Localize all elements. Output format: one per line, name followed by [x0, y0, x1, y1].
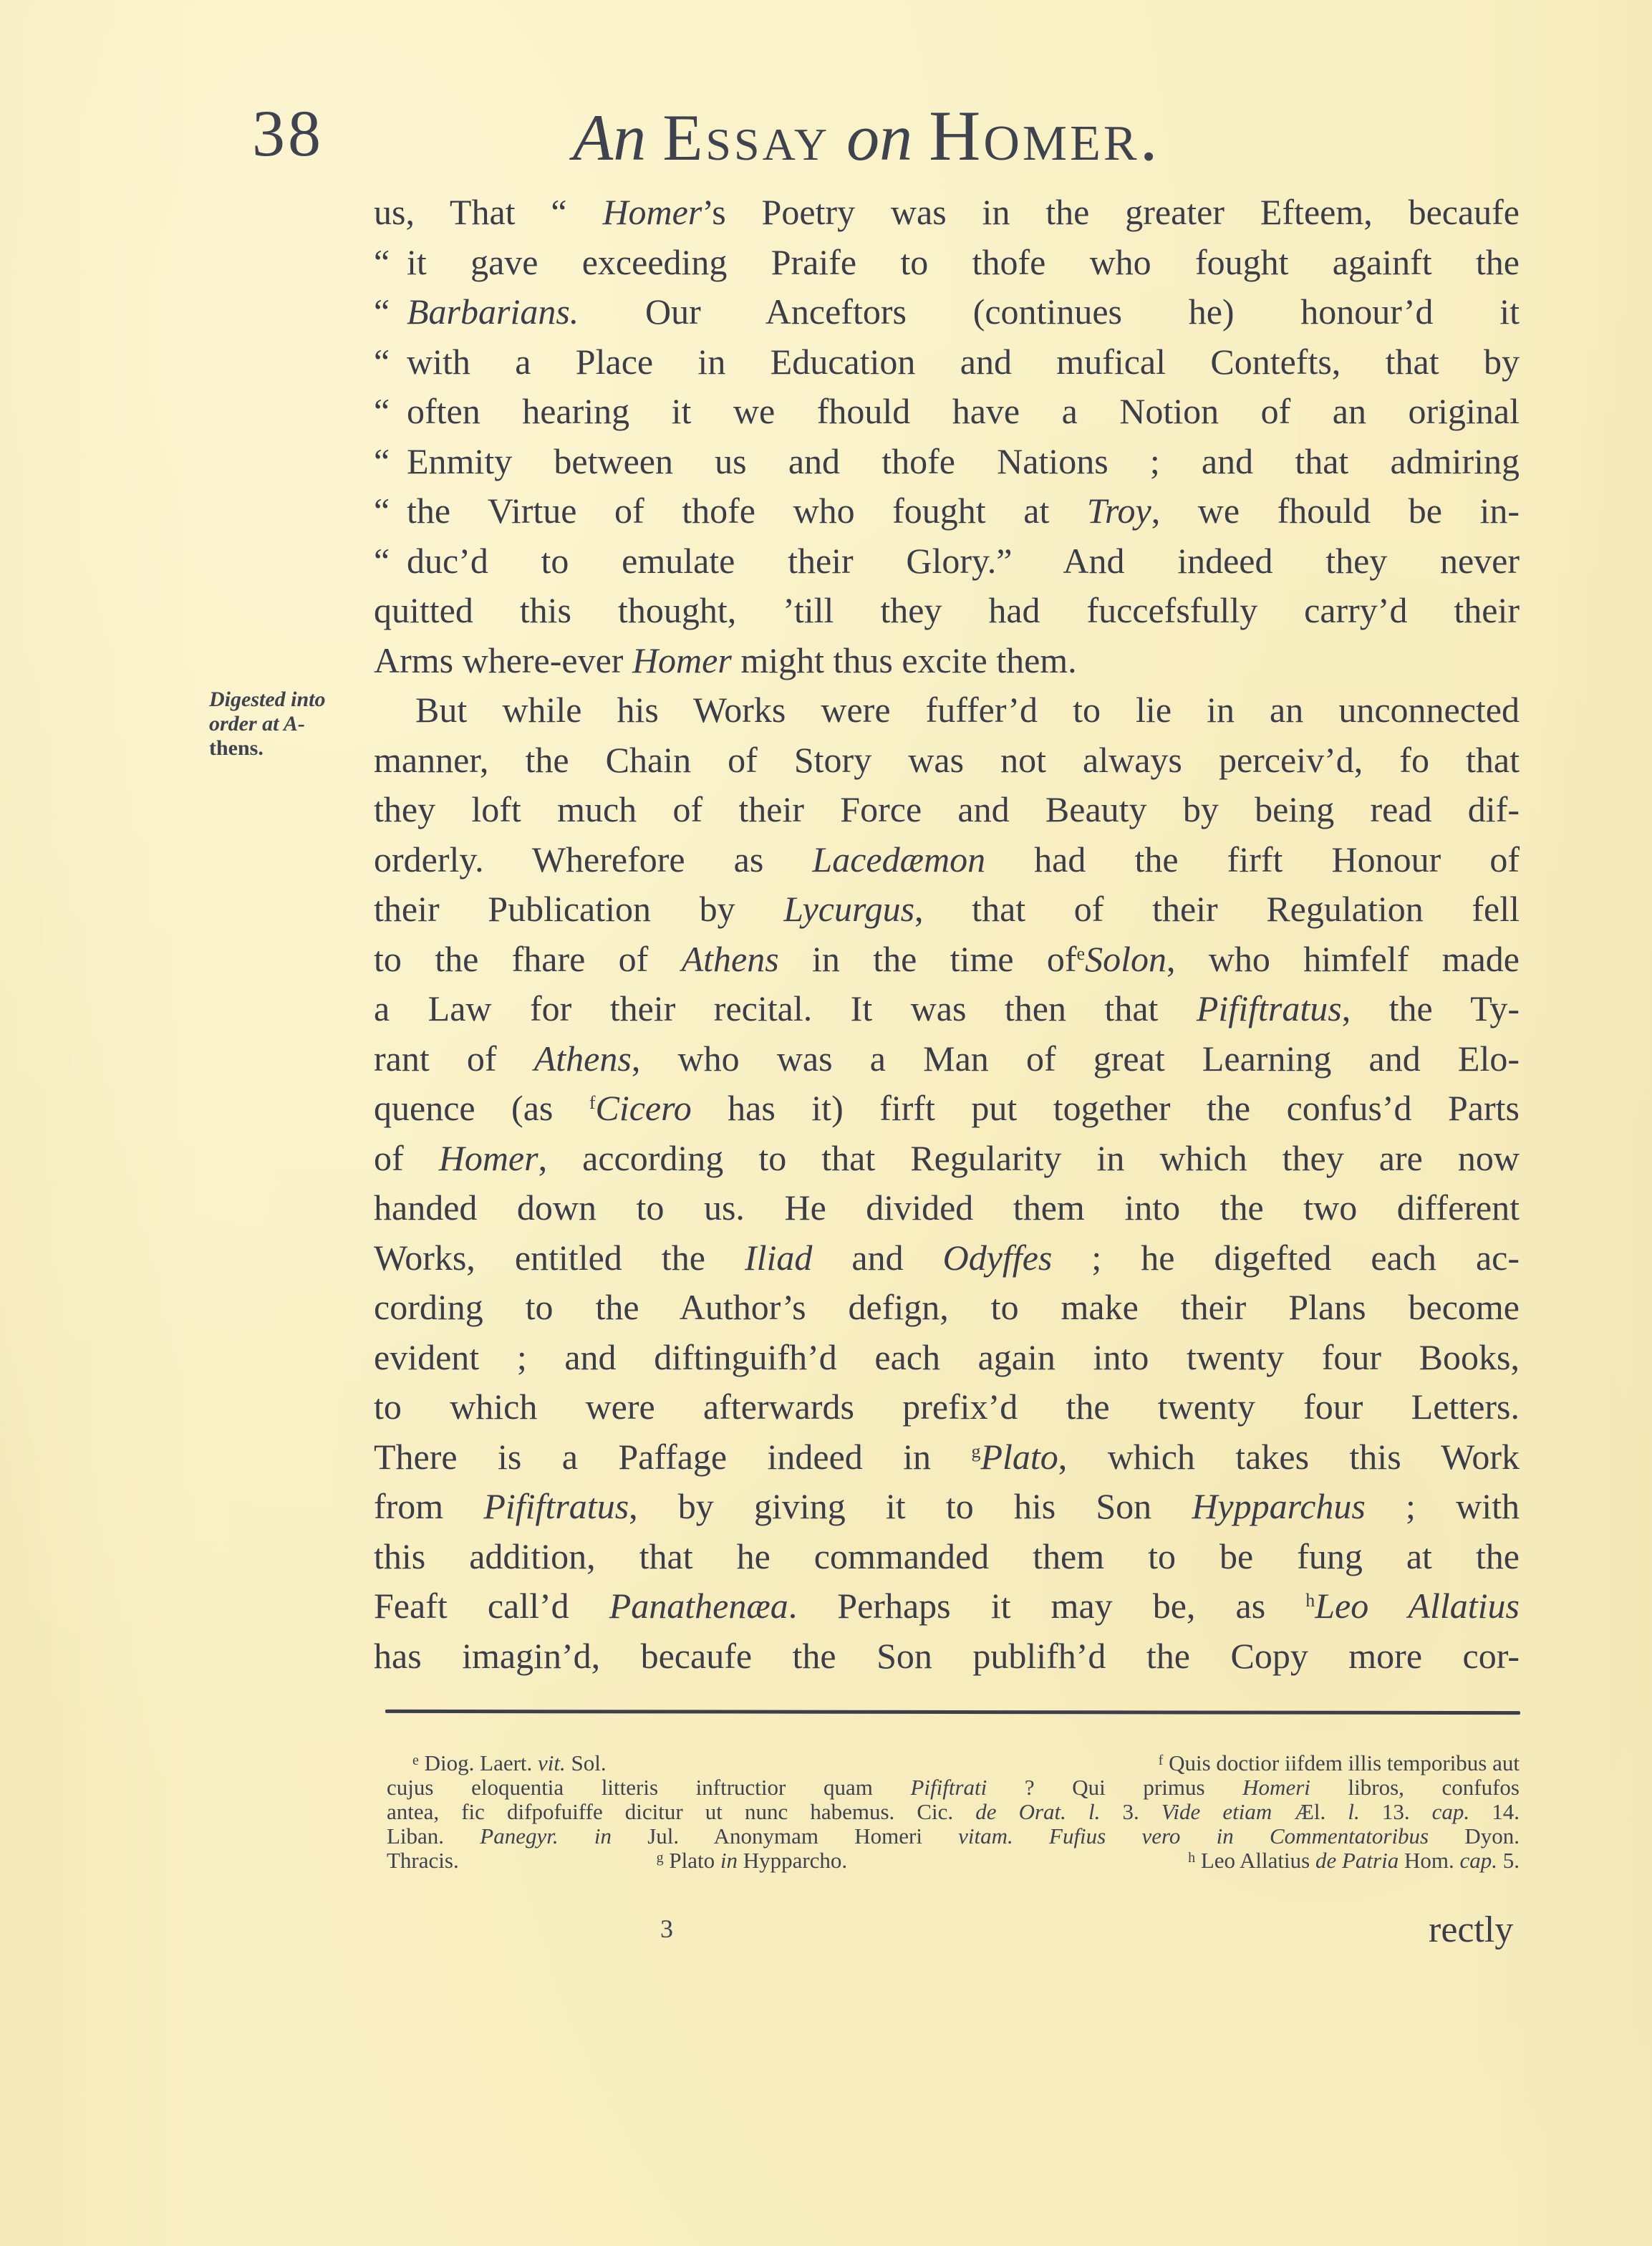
text-run: to which were afterwards prefix’d the tw… — [374, 1387, 1520, 1427]
text-run: duc’d to emulate their Glory.” And indee… — [407, 541, 1520, 581]
text-run: There is a Paffage indeed in — [374, 1437, 971, 1477]
footnote-f: f Quis doctior iifdem illis temporibus a… — [1159, 1751, 1520, 1775]
text-run: the Virtue of thofe who fought at — [407, 491, 1087, 531]
italic-name: Troy — [1087, 491, 1151, 531]
running-head-essay: Essay — [662, 101, 830, 174]
italic-name: Lacedæmon — [812, 839, 985, 879]
italic-name: Pififtratus — [483, 1486, 629, 1526]
text-run: quence (as — [374, 1088, 589, 1128]
text-line: Arms where-ever Homer might thus excite … — [374, 636, 1520, 686]
marginal-note-line: thens. — [209, 736, 381, 761]
text-line: handed down to us. He divided them into … — [374, 1183, 1520, 1233]
italic-name: Hypparchus — [1192, 1486, 1366, 1526]
italic-name: Homer — [602, 192, 702, 232]
line-text: to which were afterwards prefix’d the tw… — [374, 1382, 1520, 1432]
italic-name: Athens — [534, 1038, 632, 1079]
text-line: quitted this thought, ’till they had fuc… — [374, 586, 1520, 636]
text-run: quitted this thought, ’till they had fuc… — [374, 590, 1520, 630]
footnote-rule — [385, 1710, 1520, 1715]
page-number: 38 — [252, 100, 324, 166]
line-text: But while his Works were fuffer’d to lie… — [374, 685, 1520, 736]
italic-name: Panathenæa — [609, 1586, 788, 1626]
text-line: this addition, that he commanded them to… — [374, 1532, 1520, 1582]
text-line: Works, entitled the Iliad and Odyffes ; … — [374, 1233, 1520, 1283]
text-line: But while his Works were fuffer’d to lie… — [374, 685, 1520, 736]
body-text: us, That “ Homer’s Poetry was in the gre… — [374, 188, 1520, 1681]
line-text: Arms where-ever Homer might thus excite … — [374, 636, 1520, 686]
italic-name: Homer — [439, 1138, 538, 1178]
line-text: rant of Athens, who was a Man of great L… — [374, 1034, 1520, 1084]
line-text: the Virtue of thofe who fought at Troy, … — [407, 486, 1520, 536]
text-run: manner, the Chain of Story was not alway… — [374, 740, 1520, 780]
italic-name: Cicero — [595, 1088, 691, 1128]
text-run: their Publication by — [374, 889, 783, 929]
line-text: has imagin’d, becaufe the Son publifh’d … — [374, 1632, 1520, 1682]
running-head: An Essay on Homer. — [573, 100, 1346, 172]
quote-mark: “ — [374, 238, 407, 288]
text-run: in the time of — [779, 939, 1077, 979]
text-run: ; with — [1366, 1486, 1520, 1526]
text-run: , who was a Man of great Learning and El… — [632, 1038, 1520, 1079]
text-run: this addition, that he commanded them to… — [374, 1536, 1520, 1576]
line-text: Works, entitled the Iliad and Odyffes ; … — [374, 1233, 1520, 1283]
footnote-reference: e — [1077, 943, 1086, 964]
italic-name: Plato — [980, 1437, 1058, 1477]
text-run: they loft much of their Force and Beauty… — [374, 789, 1520, 829]
line-text: they loft much of their Force and Beauty… — [374, 785, 1520, 835]
text-run: and — [812, 1238, 942, 1278]
text-line: manner, the Chain of Story was not alway… — [374, 736, 1520, 786]
text-run: had the firft Honour of — [985, 839, 1520, 879]
text-line: to which were afterwards prefix’d the tw… — [374, 1382, 1520, 1432]
italic-name: Iliad — [745, 1238, 812, 1278]
line-text: manner, the Chain of Story was not alway… — [374, 736, 1520, 786]
italic-name: Barbarians. — [407, 291, 579, 332]
text-run: , we fhould be in- — [1151, 491, 1520, 531]
text-run: , the Ty- — [1342, 988, 1520, 1028]
footnote-reference: h — [1305, 1590, 1315, 1611]
footnote-line: Thracis. g Plato in Hypparcho. h Leo All… — [387, 1849, 1520, 1873]
line-text: of Homer, according to that Regularity i… — [374, 1134, 1520, 1184]
line-text: to the fhare of Athens in the time ofeSo… — [374, 935, 1520, 985]
italic-name: Lycurgus — [783, 889, 914, 929]
text-run: Enmity between us and thofe Nations ; an… — [407, 441, 1520, 481]
text-line: from Pififtratus, by giving it to his So… — [374, 1482, 1520, 1532]
footnote-line: cujus eloquentia litteris inftructior qu… — [387, 1775, 1520, 1800]
quote-mark: “ — [374, 437, 407, 487]
text-run: handed down to us. He divided them into … — [374, 1187, 1520, 1228]
line-text: us, That “ Homer’s Poetry was in the gre… — [374, 188, 1520, 238]
text-run: from — [374, 1486, 483, 1526]
text-line: they loft much of their Force and Beauty… — [374, 785, 1520, 835]
text-run: has it) firft put together the confus’d … — [692, 1088, 1520, 1128]
text-run: . Perhaps it may be, as — [788, 1586, 1306, 1626]
running-head-on: on — [846, 101, 912, 174]
catchword: rectly — [1429, 1909, 1513, 1951]
italic-name: Athens — [682, 939, 779, 979]
text-run: ’s Poetry was in the greater Efteem, bec… — [702, 192, 1520, 232]
text-run: evident ; and diftinguifh’d each again i… — [374, 1337, 1520, 1377]
italic-name: Odyffes — [943, 1238, 1053, 1278]
line-text: from Pififtratus, by giving it to his So… — [374, 1482, 1520, 1532]
running-head-an: An — [573, 101, 646, 174]
text-run: , by giving it to his Son — [629, 1486, 1192, 1526]
quote-mark: “ — [374, 287, 407, 337]
italic-name: Solon — [1085, 939, 1166, 979]
text-run: cording to the Author’s defign, to make … — [374, 1287, 1520, 1327]
text-run: a Law for their recital. It was then tha… — [374, 988, 1197, 1028]
footnote-line: e Diog. Laert. vit. Sol. f Quis doctior … — [387, 1751, 1520, 1775]
text-run: , who himfelf made — [1166, 939, 1520, 979]
text-run: has imagin’d, becaufe the Son publifh’d … — [374, 1636, 1520, 1676]
line-text: duc’d to emulate their Glory.” And indee… — [407, 536, 1520, 587]
footnote-h: h Leo Allatius de Patria Hom. cap. 5. — [1188, 1849, 1520, 1873]
quote-mark: “ — [374, 387, 407, 437]
text-line: There is a Paffage indeed in gPlato, whi… — [374, 1432, 1520, 1483]
text-line: “duc’d to emulate their Glory.” And inde… — [374, 536, 1520, 587]
line-text: orderly. Wherefore as Lacedæmon had the … — [374, 835, 1520, 885]
text-line: orderly. Wherefore as Lacedæmon had the … — [374, 835, 1520, 885]
quote-mark: “ — [374, 337, 407, 387]
line-text: quitted this thought, ’till they had fuc… — [374, 586, 1520, 636]
text-run: Arms where-ever — [374, 640, 632, 680]
marginal-note: Digested into order at A- thens. — [209, 688, 381, 761]
text-line: a Law for their recital. It was then tha… — [374, 984, 1520, 1034]
text-run: of — [374, 1138, 439, 1178]
text-run: Works, entitled the — [374, 1238, 745, 1278]
footnotes: e Diog. Laert. vit. Sol. f Quis doctior … — [387, 1751, 1520, 1873]
line-text: this addition, that he commanded them to… — [374, 1532, 1520, 1582]
signature-mark: 3 — [660, 1914, 673, 1944]
line-text: Barbarians. Our Anceftors (continues he)… — [407, 287, 1520, 337]
text-line: their Publication by Lycurgus, that of t… — [374, 885, 1520, 935]
text-line: has imagin’d, becaufe the Son publifh’d … — [374, 1632, 1520, 1682]
italic-name: Pififtratus — [1197, 988, 1342, 1028]
text-run: might thus excite them. — [732, 640, 1077, 680]
line-text: it gave exceeding Praife to thofe who fo… — [407, 238, 1520, 288]
text-line: Feaft call’d Panathenæa. Perhaps it may … — [374, 1581, 1520, 1632]
text-line: us, That “ Homer’s Poetry was in the gre… — [374, 188, 1520, 238]
text-run: with a Place in Education and mufical Co… — [407, 342, 1520, 382]
book-page: 38 An Essay on Homer. Digested into orde… — [0, 0, 1652, 2246]
text-run: , which takes this Work — [1058, 1437, 1520, 1477]
italic-name: Homer — [632, 640, 732, 680]
text-run: But while his Works were fuffer’d to lie… — [415, 690, 1520, 730]
footnote-e: e Diog. Laert. vit. Sol. — [387, 1751, 607, 1775]
text-line: quence (as fCicero has it) firft put tog… — [374, 1084, 1520, 1134]
quote-mark: “ — [374, 486, 407, 536]
italic-name: Leo Allatius — [1315, 1586, 1520, 1626]
text-line: “Enmity between us and thofe Nations ; a… — [374, 437, 1520, 487]
footnote-g: g Plato in Hypparcho. — [657, 1849, 848, 1873]
text-line: “the Virtue of thofe who fought at Troy,… — [374, 486, 1520, 536]
text-run: ; he digefted each ac- — [1052, 1238, 1520, 1278]
text-line: to the fhare of Athens in the time ofeSo… — [374, 935, 1520, 985]
line-text: There is a Paffage indeed in gPlato, whi… — [374, 1432, 1520, 1483]
line-text: quence (as fCicero has it) firft put tog… — [374, 1084, 1520, 1134]
line-text: a Law for their recital. It was then tha… — [374, 984, 1520, 1034]
line-text: often hearing it we fhould have a Notion… — [407, 387, 1520, 437]
line-text: evident ; and diftinguifh’d each again i… — [374, 1333, 1520, 1383]
text-run: , that of their Regulation fell — [914, 889, 1520, 929]
text-run: to the fhare of — [374, 939, 682, 979]
line-text: their Publication by Lycurgus, that of t… — [374, 885, 1520, 935]
text-run: often hearing it we fhould have a Notion… — [407, 391, 1520, 431]
line-text: with a Place in Education and mufical Co… — [407, 337, 1520, 387]
quote-mark: “ — [374, 536, 407, 587]
text-run: Our Anceftors (continues he) honour’d it — [579, 291, 1520, 332]
text-line: “often hearing it we fhould have a Notio… — [374, 387, 1520, 437]
running-head-homer: Homer. — [929, 96, 1160, 175]
text-line: “with a Place in Education and mufical C… — [374, 337, 1520, 387]
text-line: evident ; and diftinguifh’d each again i… — [374, 1333, 1520, 1383]
text-line: “it gave exceeding Praife to thofe who f… — [374, 238, 1520, 288]
line-text: handed down to us. He divided them into … — [374, 1183, 1520, 1233]
footnote-reference: f — [589, 1092, 596, 1113]
text-run: rant of — [374, 1038, 534, 1079]
text-line: of Homer, according to that Regularity i… — [374, 1134, 1520, 1184]
text-run: , according to that Regularity in which … — [538, 1138, 1520, 1178]
text-line: “Barbarians. Our Anceftors (continues he… — [374, 287, 1520, 337]
footnote-line: antea, fic difpofuiffe dicitur ut nunc h… — [387, 1800, 1520, 1824]
marginal-note-line: order at A- — [209, 712, 381, 736]
line-text: Feaft call’d Panathenæa. Perhaps it may … — [374, 1581, 1520, 1632]
text-line: rant of Athens, who was a Man of great L… — [374, 1034, 1520, 1084]
line-text: Enmity between us and thofe Nations ; an… — [407, 437, 1520, 487]
text-line: cording to the Author’s defign, to make … — [374, 1283, 1520, 1333]
line-text: cording to the Author’s defign, to make … — [374, 1283, 1520, 1333]
marginal-note-line: Digested into — [209, 688, 381, 712]
footnote-reference: g — [971, 1441, 980, 1462]
text-run: it gave exceeding Praife to thofe who fo… — [407, 242, 1520, 282]
text-run: orderly. Wherefore as — [374, 839, 812, 879]
text-run: us, That “ — [374, 192, 602, 232]
text-run: Feaft call’d — [374, 1586, 609, 1626]
footnote-line: Liban. Panegyr. in Jul. Anonymam Homeri … — [387, 1824, 1520, 1849]
